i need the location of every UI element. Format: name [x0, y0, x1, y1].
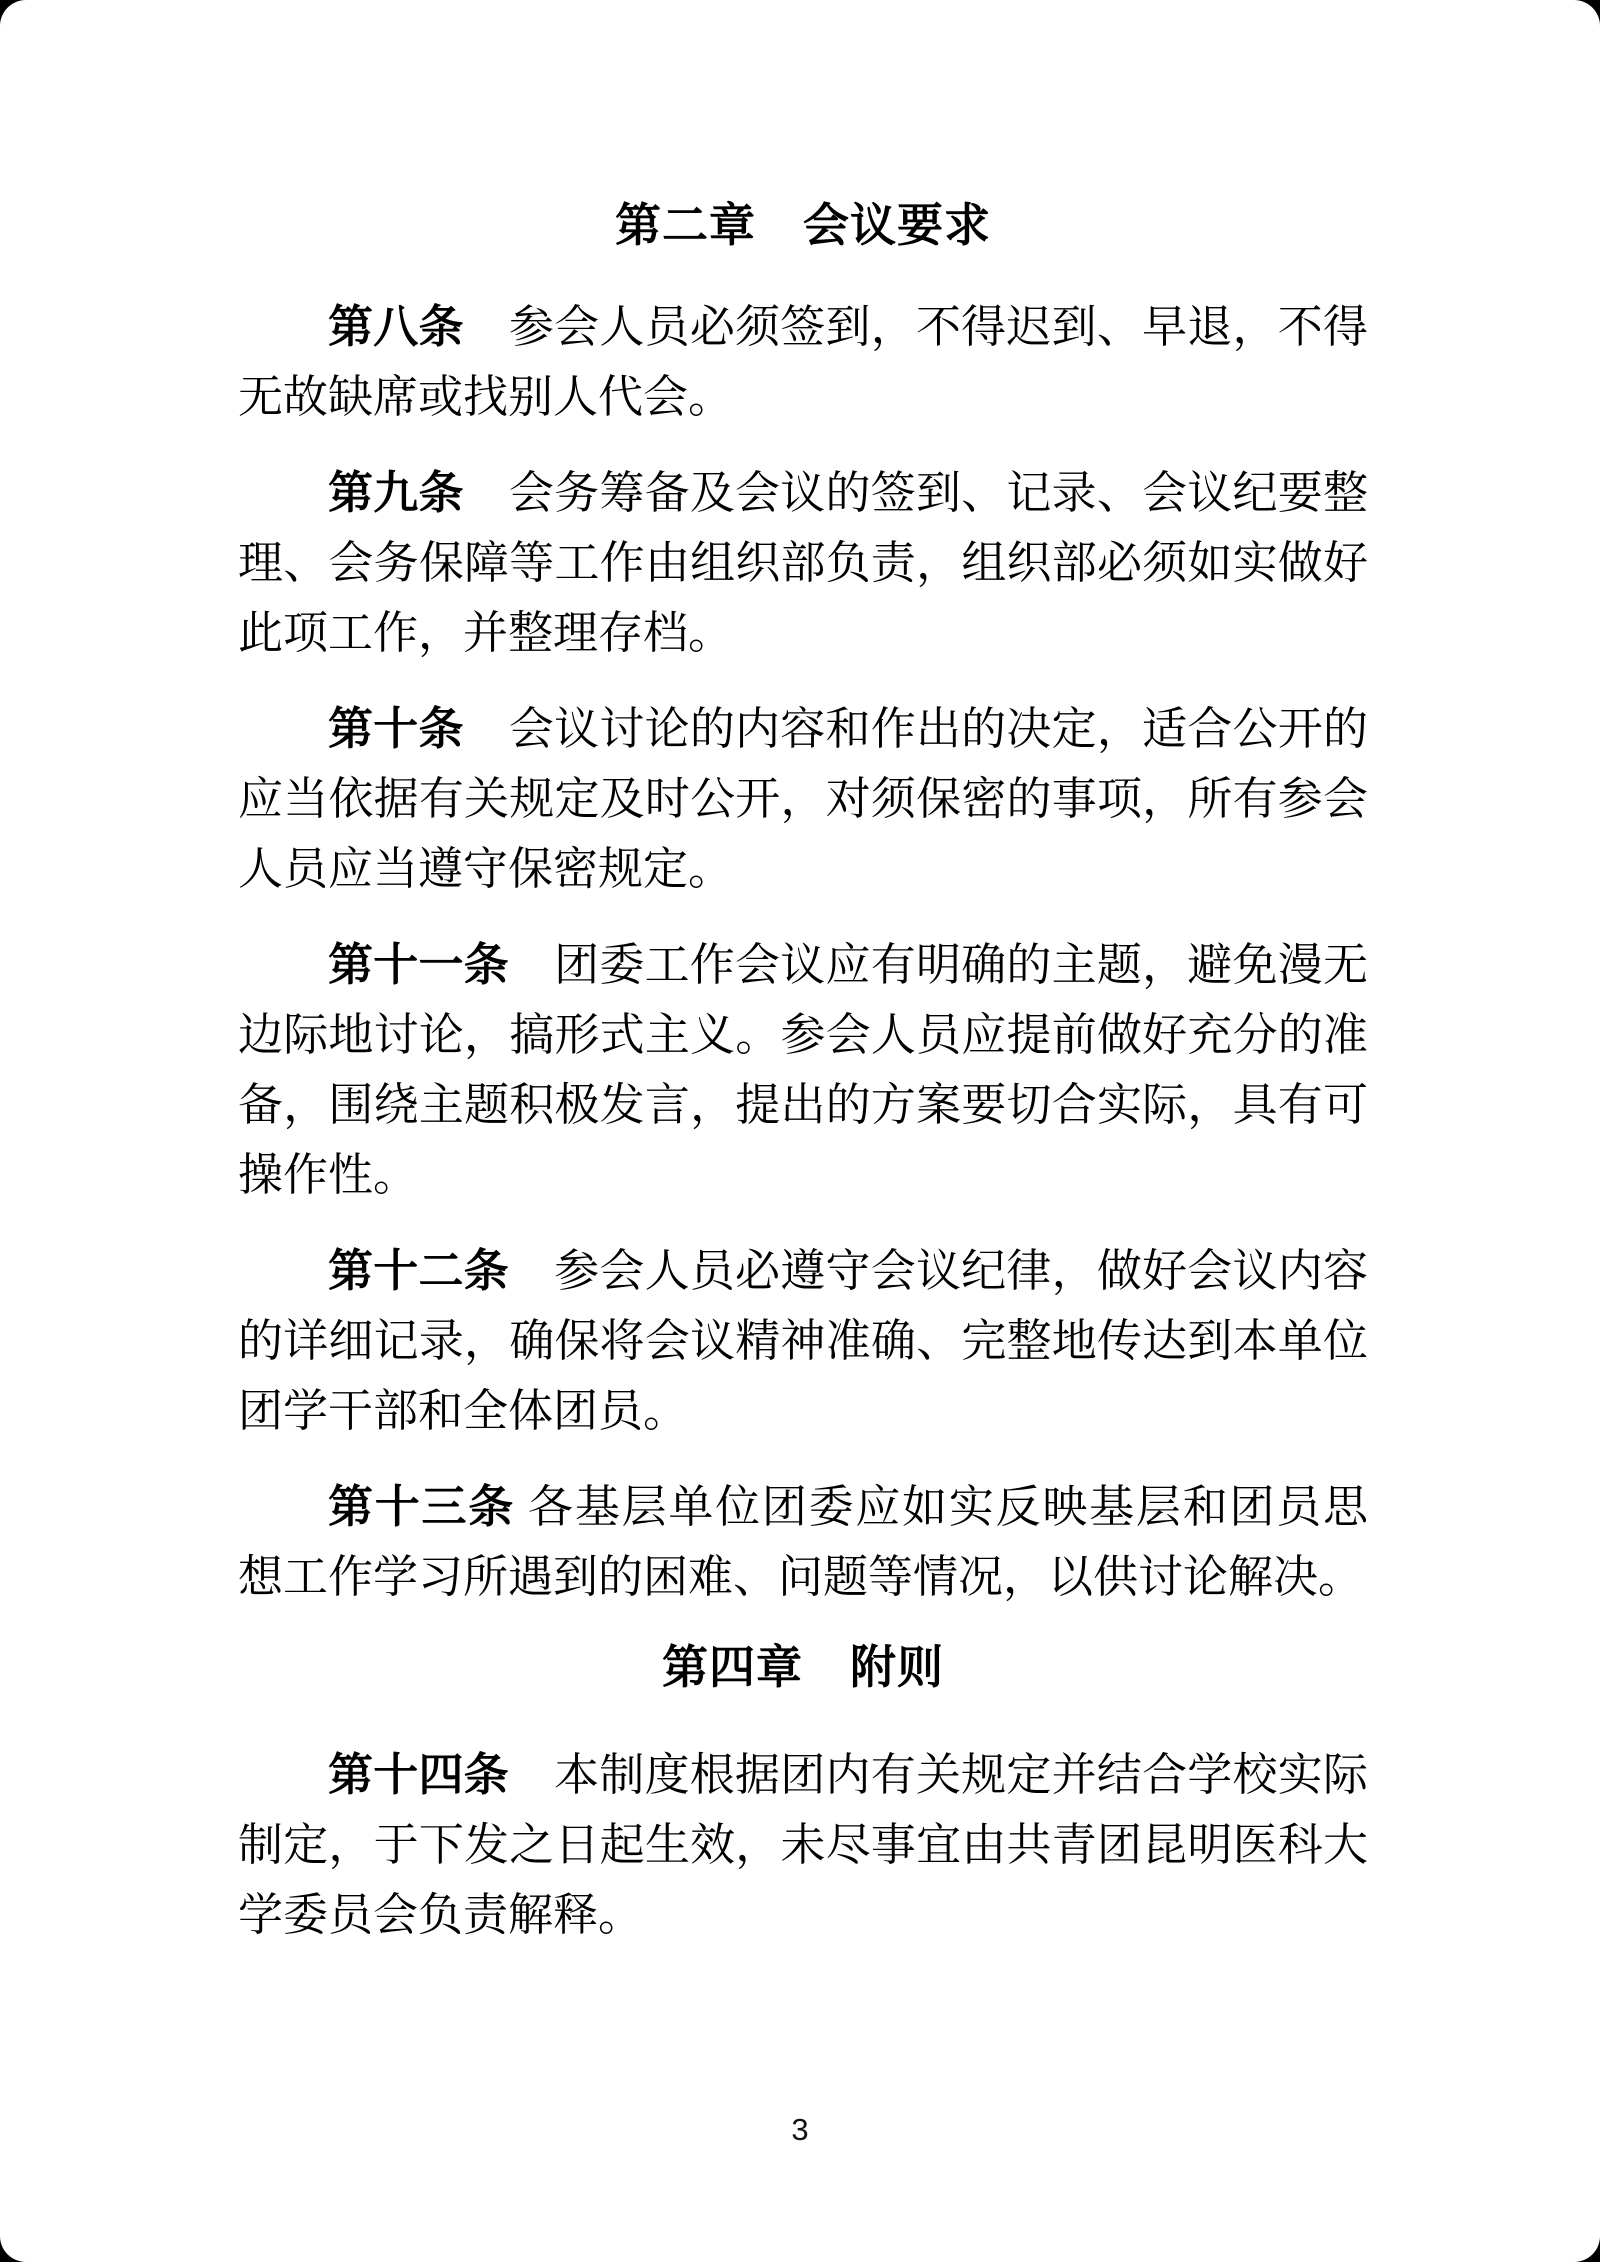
- article-10-label: 第十条: [328, 704, 464, 754]
- article-8: 第八条 参会人员必须签到，不得迟到、早退，不得无故缺席或找别人代会。: [238, 292, 1368, 432]
- document-page: 第二章 会议要求 第八条 参会人员必须签到，不得迟到、早退，不得无故缺席或找别人…: [0, 0, 1600, 2262]
- article-13: 第十三条 各基层单位团委应如实反映基层和团员思想工作学习所遇到的困难、问题等情况…: [238, 1472, 1368, 1612]
- article-12: 第十二条 参会人员必遵守会议纪律，做好会议内容的详细记录，确保将会议精神准确、完…: [238, 1236, 1368, 1446]
- article-14-label: 第十四条: [328, 1750, 509, 1800]
- article-9: 第九条 会务筹备及会议的签到、记录、会议纪要整理、会务保障等工作由组织部负责，组…: [238, 458, 1368, 668]
- article-9-label: 第九条: [328, 468, 464, 518]
- article-11: 第十一条 团委工作会议应有明确的主题，避免漫无边际地讨论，搞形式主义。参会人员应…: [238, 930, 1368, 1210]
- chapter-2-heading: 第二章 会议要求: [238, 196, 1368, 254]
- document-body: 第二章 会议要求 第八条 参会人员必须签到，不得迟到、早退，不得无故缺席或找别人…: [0, 0, 1600, 2262]
- article-14: 第十四条 本制度根据团内有关规定并结合学校实际制定，于下发之日起生效，未尽事宜由…: [238, 1740, 1368, 1950]
- article-12-label: 第十二条: [328, 1246, 509, 1296]
- chapter-4-heading: 第四章 附则: [238, 1638, 1368, 1696]
- article-11-label: 第十一条: [328, 940, 509, 990]
- article-8-label: 第八条: [328, 302, 464, 352]
- article-10: 第十条 会议讨论的内容和作出的决定，适合公开的应当依据有关规定及时公开，对须保密…: [238, 694, 1368, 904]
- chapter-2-section: 第二章 会议要求 第八条 参会人员必须签到，不得迟到、早退，不得无故缺席或找别人…: [238, 196, 1368, 1612]
- chapter-4-section: 第四章 附则 第十四条 本制度根据团内有关规定并结合学校实际制定，于下发之日起生…: [238, 1638, 1368, 1950]
- page-number: 3: [0, 2112, 1600, 2148]
- screenshot-backdrop: 第二章 会议要求 第八条 参会人员必须签到，不得迟到、早退，不得无故缺席或找别人…: [0, 0, 1600, 2262]
- article-13-label: 第十三条: [328, 1482, 515, 1532]
